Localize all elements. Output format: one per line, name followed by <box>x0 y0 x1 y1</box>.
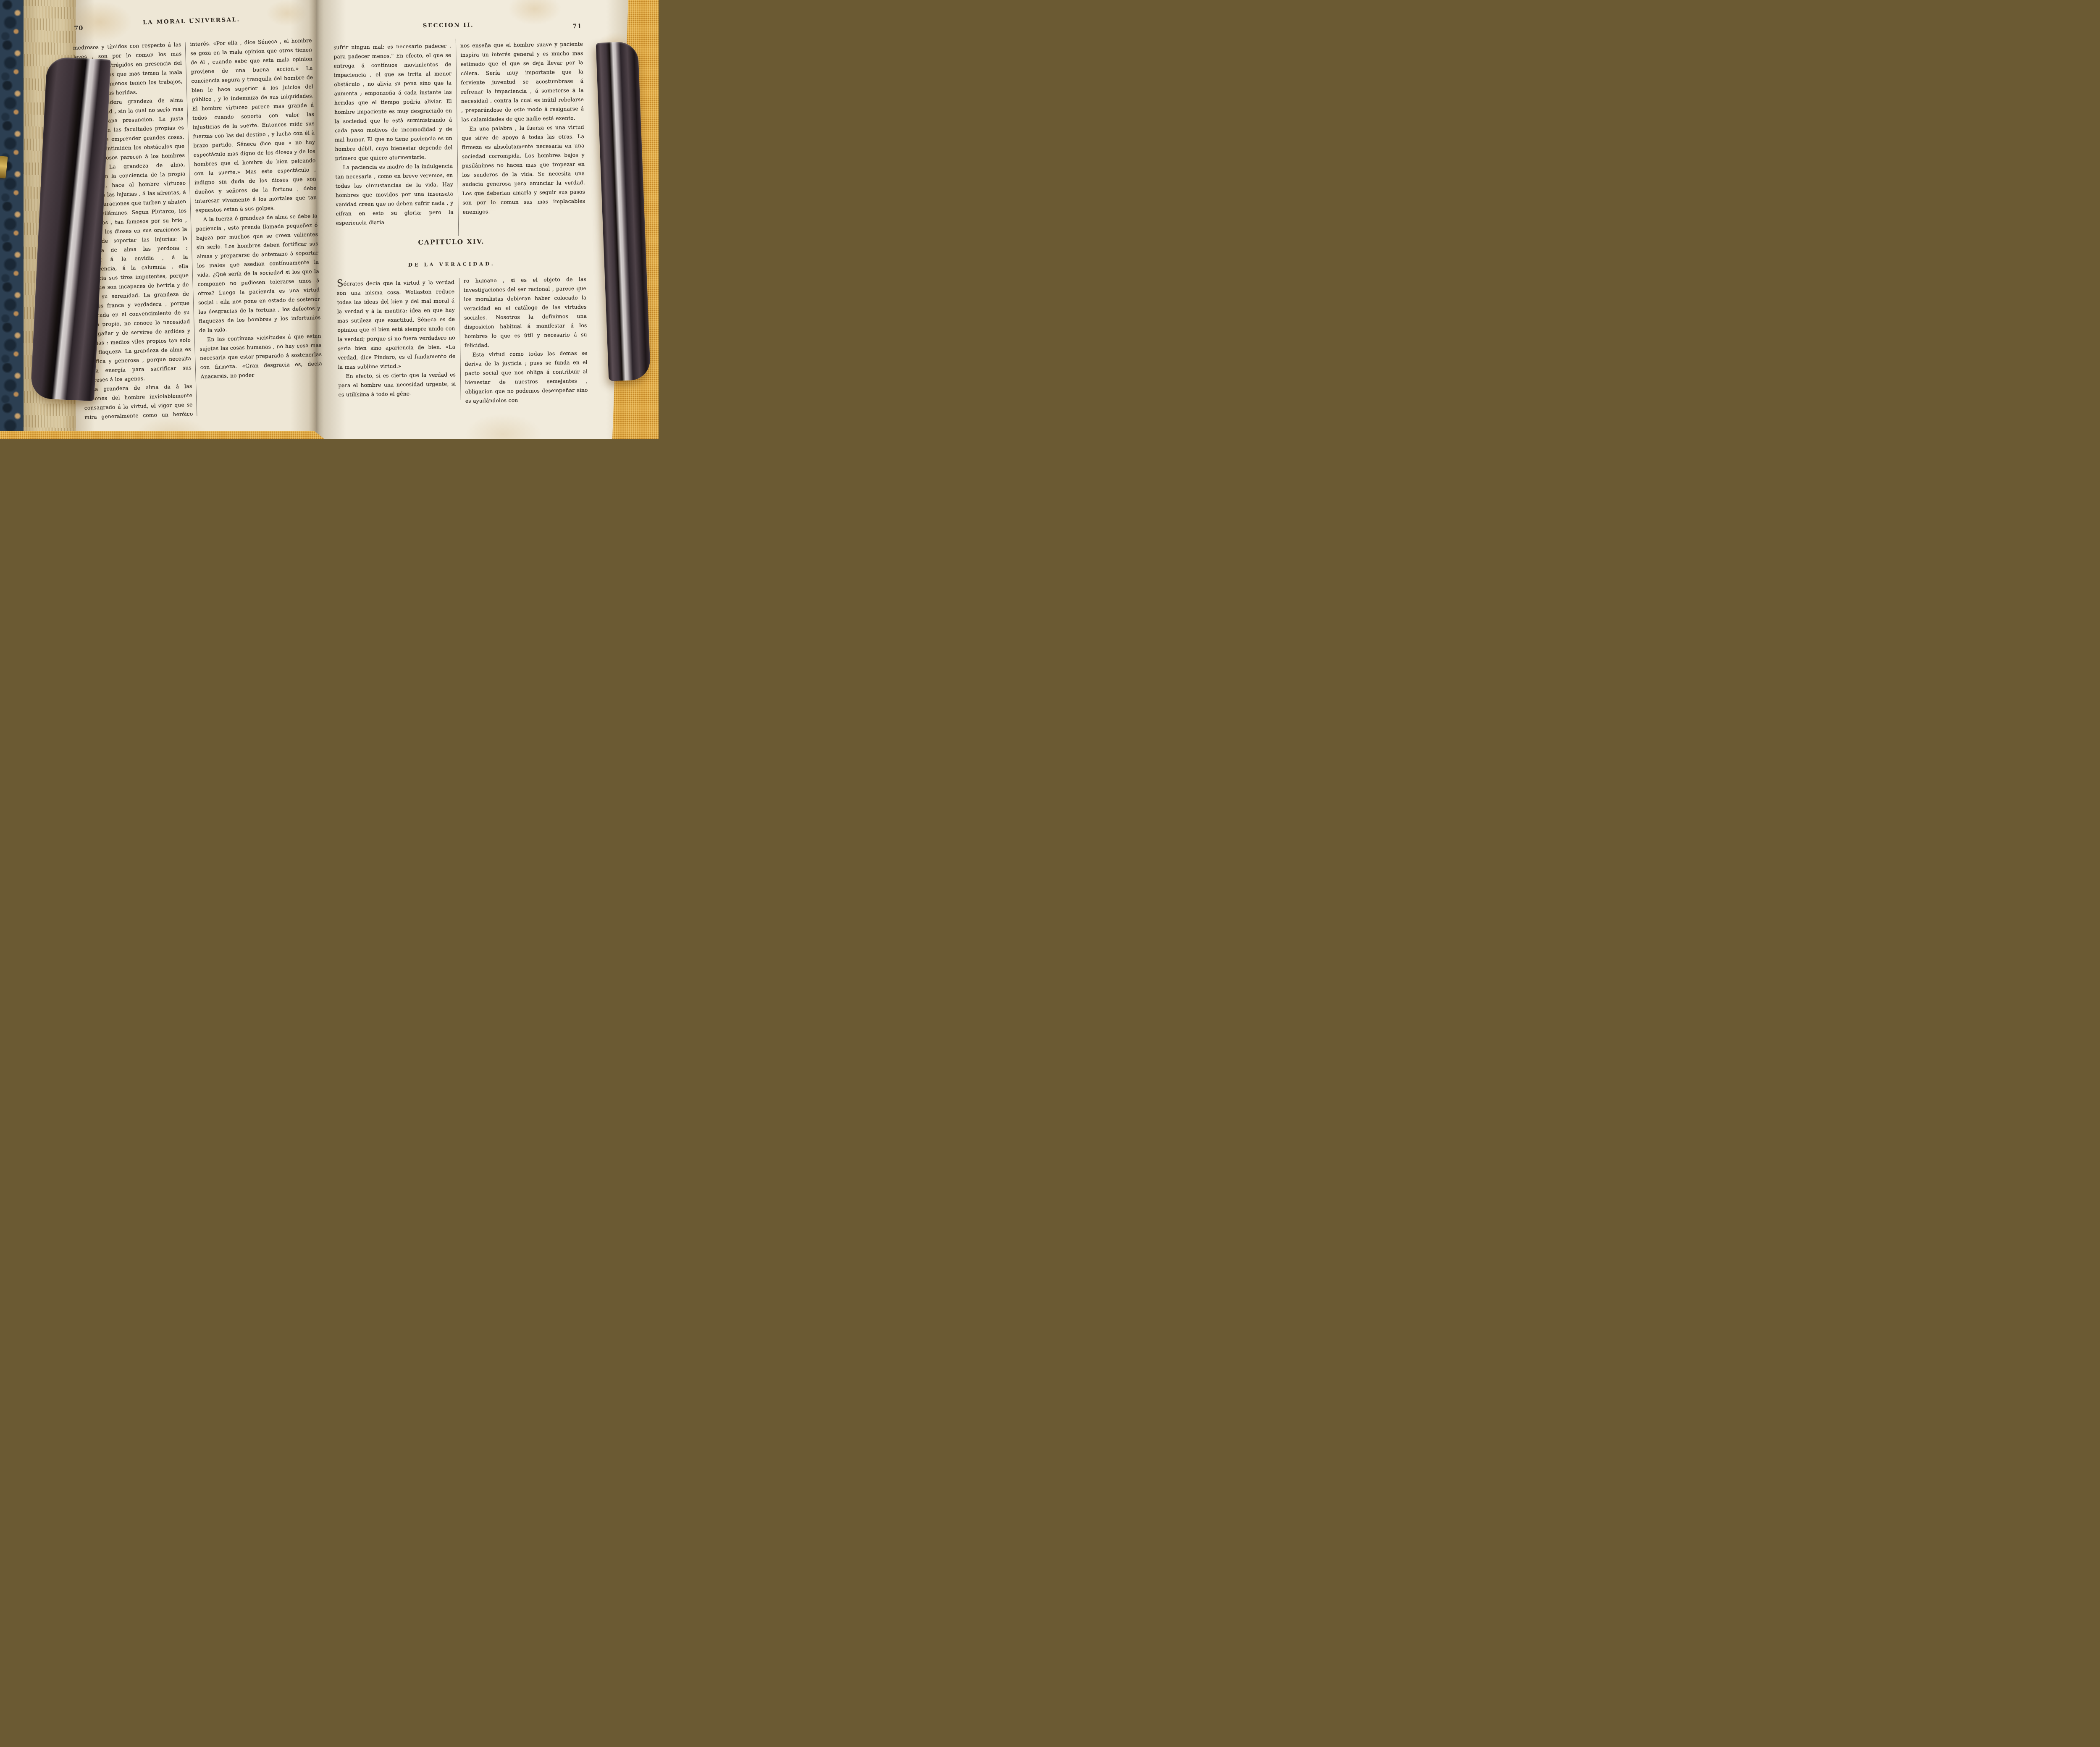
chapter-subtitle: DE LA VERACIDAD. <box>336 260 567 269</box>
paragraph: Esta virtud como todas las demas se deri… <box>465 349 588 406</box>
paragraph: En efecto, si es cierto que la verdad es… <box>338 370 456 399</box>
photo-of-open-book: 70 LA MORAL UNIVERSAL. medrosos y tímido… <box>0 0 659 439</box>
paragraph: A la fuerza ó grandeza de alma se debe l… <box>195 211 321 335</box>
paragraph-text: ócrates decia que la virtud y la verdad … <box>337 279 455 370</box>
paragraph: La grandeza de alma da á las acciones de… <box>84 382 193 423</box>
right-bottom-column-1: Sócrates decia que la virtud y la verdad… <box>337 276 457 419</box>
paragraph: En las contínuas vicisitudes á que estan… <box>199 331 322 381</box>
page-right-content: SECCION II. 71 sufrir ningun mal: es nec… <box>333 13 589 436</box>
right-page-top-columns: sufrir ningun mal: es necesario padecer … <box>333 39 587 240</box>
drop-cap: S <box>337 278 344 289</box>
paragraph: sufrir ningun mal: es necesario padecer … <box>333 41 453 163</box>
marbled-cover-edge <box>0 0 24 431</box>
right-page-bottom-columns: Sócrates decia que la virtud y la verdad… <box>337 275 589 419</box>
paragraph: En una palabra , la fuerza es una virtud… <box>462 123 585 217</box>
section-title: SECCION II. <box>323 20 573 30</box>
paragraph: ro humano , si es el objeto de las inves… <box>464 275 587 350</box>
page-right-header: SECCION II. 71 <box>333 13 584 40</box>
paragraph: Sócrates decia que la virtud y la verdad… <box>337 276 456 372</box>
column-divider <box>459 278 461 400</box>
right-top-column-1: sufrir ningun mal: es necesario padecer … <box>333 41 454 240</box>
left-column-2: interés. «Por ella , dice Séneca , el ho… <box>190 36 323 420</box>
running-title: LA MORAL UNIVERSAL. <box>71 14 312 28</box>
paragraph: interés. «Por ella , dice Séneca , el ho… <box>190 36 317 215</box>
column-divider <box>456 39 459 236</box>
paragraph: La paciencia es madre de la indulgencia … <box>335 161 454 228</box>
right-top-column-2: nos enseña que el hombre suave y pacient… <box>460 39 586 239</box>
page-number-right: 71 <box>572 23 582 30</box>
paragraph: nos enseña que el hombre suave y pacient… <box>460 39 584 124</box>
left-page-columns: medrosos y tímidos con respecto á las le… <box>72 36 324 423</box>
right-bottom-column-2: ro humano , si es el objeto de las inves… <box>464 275 588 417</box>
